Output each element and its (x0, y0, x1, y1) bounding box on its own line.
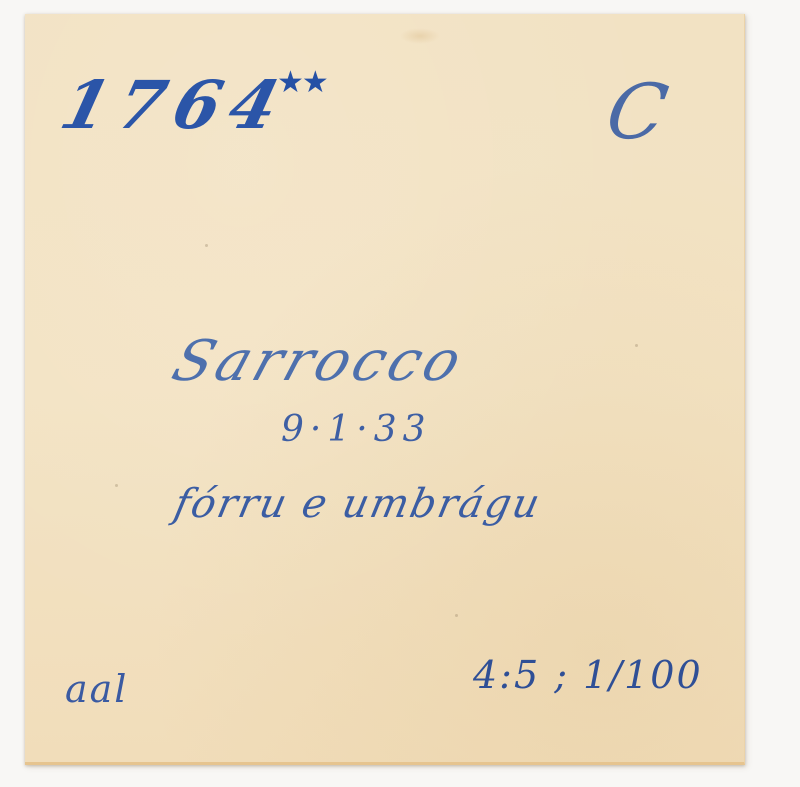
measurement-ratio: 4:5 ; 1/100 (473, 656, 703, 694)
paper-fleck (635, 344, 638, 347)
specimen-label-card: 1764 ★★ C Sarrocco 9·1·33 fórru e umbrág… (25, 14, 745, 765)
collection-date: 9·1·33 (281, 412, 432, 448)
paper-fleck (205, 244, 208, 247)
catalog-number: 1764 (55, 72, 295, 138)
scan-background: 1764 ★★ C Sarrocco 9·1·33 fórru e umbrág… (0, 0, 800, 787)
star-marks-icon: ★★ (277, 68, 327, 98)
collector-initials: aal (65, 670, 128, 708)
class-letter: C (601, 74, 673, 150)
paper-stain (400, 28, 440, 44)
paper-fleck (455, 614, 458, 617)
habitat-description: fórru e umbrágu (171, 484, 545, 524)
locality-name: Sarrocco (166, 334, 472, 390)
paper-fleck (115, 484, 118, 487)
